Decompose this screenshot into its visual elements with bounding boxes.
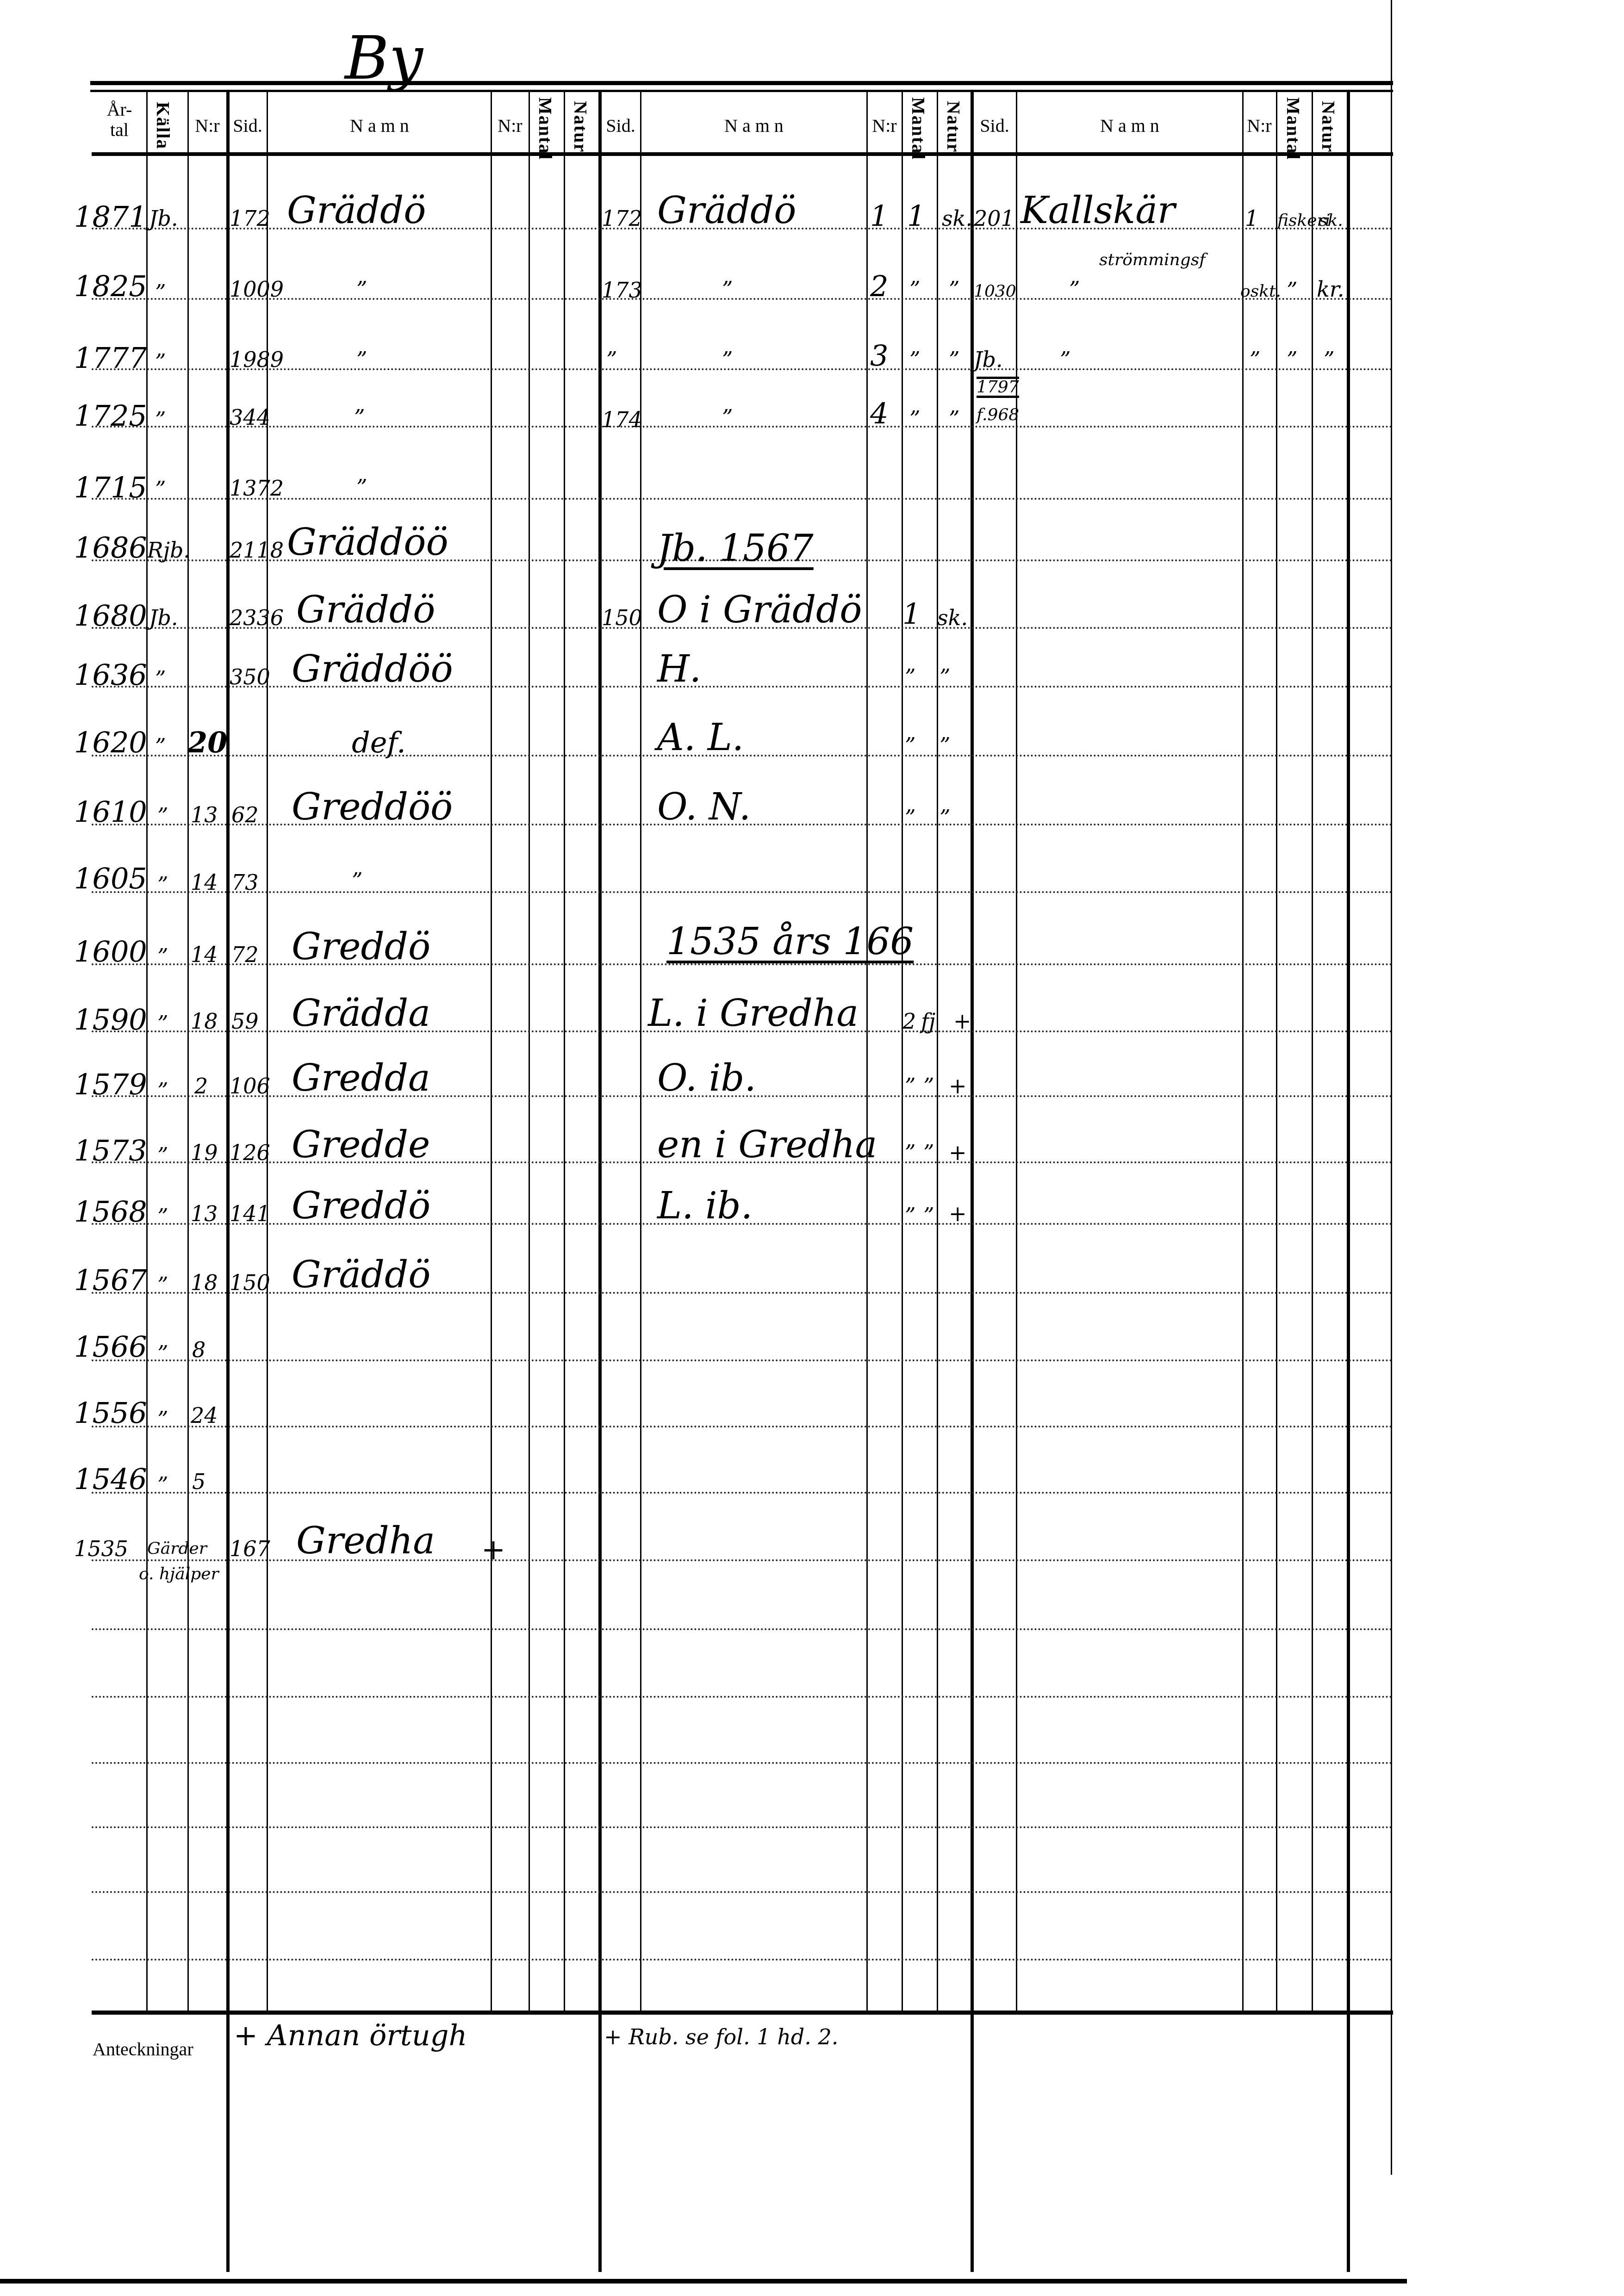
header-mantal-1: Mantal [535,97,555,153]
cell-sid: 1372 [230,478,284,499]
cell-kalla: ” [157,946,168,967]
notes-divider-1 [226,2013,230,2272]
cell-b-mantal: ” [909,349,921,370]
header-sid-3: Sid. [974,116,1015,136]
cell-b-mantal: ” [923,1142,934,1163]
cell-artal: 1568 [74,1198,147,1226]
cell-c-natur: sk. [1319,212,1343,229]
cell-b-mantal: fj [921,1011,935,1032]
cell-kalla: ” [155,282,166,303]
cell-b-namn: O. ib. [657,1060,756,1097]
cell-artal: 1871 [74,203,147,231]
cell-c-sid: Jb. [974,349,1003,370]
cell-b-natur: + [949,1203,967,1224]
cell-b-namn: L. i Gredha [648,995,859,1032]
cell-nr: 8 [192,1339,205,1360]
cell-kalla: ” [155,351,166,372]
row-line [92,298,1393,300]
cell-namn: Gredde [292,1126,430,1163]
cell-c-sid: 201 [974,208,1014,229]
cell-b-namn-heading: 1535 års 166 [666,923,914,960]
cell-artal: 1546 [74,1465,147,1494]
cell-kalla: ” [157,1409,168,1430]
cell-namn-mark: + [481,1535,505,1564]
cell-kalla-note: o. hjälper [139,1566,219,1582]
col-line-artal [146,92,148,2012]
cell-b-mantal: 1 [907,202,925,230]
col-line-namn2 [866,92,868,2012]
cell-b-mantal: ” [940,735,951,756]
cell-b-natur: ” [949,349,960,370]
cell-kalla: ” [157,1206,168,1227]
notes-col-1: + Annan örtugh [234,2021,467,2050]
cell-b-namn: H. [657,651,701,688]
header-nr-3: N:r [1243,116,1276,136]
cell-b-mantal: ” [923,1075,934,1097]
col-line-natur3 [1347,92,1350,2012]
cell-c-nr: 1 [1245,208,1258,229]
cell-b-namn: O. N. [657,788,751,825]
header-sid: Sid. [229,116,267,136]
cell-b-sid: 173 [602,279,642,301]
cell-b-namn: L. ib. [657,1187,753,1224]
cell-c-natur: ” [1324,349,1335,370]
col-line-nr1b [529,92,530,2012]
cell-kalla: ” [157,1343,168,1364]
row-line [92,1492,1393,1494]
cell-artal: 1579 [74,1070,147,1099]
cell-b-nr: 2 [870,272,888,301]
cell-sid: 2118 [230,540,284,561]
col-line-nr3 [1276,92,1277,2012]
cell-sid: 2336 [230,607,284,628]
col-line-kalla [187,92,189,2012]
col-line-sid2 [640,92,641,2012]
cell-sid: 167 [230,1538,270,1559]
cell-kalla: Rjb. [147,540,190,561]
header-namn-2: N a m n [641,116,866,136]
cell-namn: Gredha [296,1522,435,1559]
cell-sid: 141 [230,1203,270,1224]
header-mantal-3: Mantal [1283,97,1303,153]
cell-nr: 14 [191,944,218,965]
cell-b-namn: A. L. [657,719,744,756]
cell-namn: Greddö [292,928,430,965]
row-line [92,426,1393,428]
cell-b-nr: ” [905,1142,916,1163]
cell-namn: ” [356,279,367,300]
col-line-mantal3 [1312,92,1313,2012]
col-line-mantal1 [564,92,565,2012]
row-line [92,686,1393,688]
cell-b-natur: + [949,1142,967,1163]
cell-c-natur: kr. [1317,279,1344,300]
header-nr: N:r [189,116,226,136]
notes-col-2: + Rub. se fol. 1 hd. 2. [604,2026,838,2048]
cell-kalla: ” [157,874,168,895]
cell-nr: 13 [191,804,218,825]
header-nr-2: N:r [867,116,902,136]
cell-namn: Gräddö [287,192,426,229]
header-nr-1b: N:r [492,116,528,136]
cell-sid: 72 [231,944,259,965]
cell-kalla: ” [157,1274,168,1296]
cell-c-sid-note-2: f.968 [977,407,1019,423]
row-line [92,1628,1393,1630]
notes-divider-2 [598,2013,602,2272]
table-bottom-rule [92,2011,1393,2015]
row-line [92,1826,1393,1828]
cell-kalla: ” [157,1474,168,1496]
cell-artal: 1535 [74,1538,128,1559]
cell-kalla: Jb. [149,208,178,229]
cell-namn: ” [356,349,367,370]
page-right-edge [1391,0,1392,2175]
cell-c-nr: ” [1250,349,1261,370]
cell-b-sid: 172 [602,208,642,229]
row-line [92,1959,1393,1961]
cell-namn: ” [352,870,363,891]
cell-artal: 1590 [74,1005,147,1034]
cell-c-mantal: ” [1287,279,1298,301]
cell-b-nr: 2 [902,1011,916,1032]
col-line-namn1 [491,92,492,2012]
cell-kalla: ” [155,409,166,430]
cell-namn: Grädda [292,995,430,1032]
cell-b-mantal: ” [940,666,951,688]
cell-b-nr: ” [905,666,916,688]
cell-b-mantal: ” [909,408,921,429]
cell-sid: 106 [230,1075,270,1097]
cell-b-nr: 3 [870,341,888,370]
cell-sid: 344 [230,407,270,428]
cell-namn: def. [352,728,406,757]
cell-c-namn-note: strömmingsf [1099,252,1206,268]
cell-b-nr: ” [905,735,916,756]
cell-c-mantal: ” [1287,349,1298,370]
cell-artal: 1610 [74,798,147,826]
cell-b-natur: ” [949,408,960,429]
cell-namn: Gräddöö [292,651,453,688]
cell-artal: 1556 [74,1399,147,1427]
col-line-nr [226,92,230,2012]
header-natur-2: Natur [943,101,964,152]
cell-kalla: ” [155,736,166,757]
cell-b-namn: ” [722,279,733,300]
cell-b-nr: ” [905,807,916,828]
cell-c-sid-note: 1797 [977,377,1019,398]
cell-sid: 59 [231,1011,259,1032]
row-line [92,1696,1393,1698]
col-line-namn3 [1242,92,1244,2012]
cell-namn: Greddöö [292,788,453,825]
header-namn-1: N a m n [268,116,491,136]
cell-namn: ” [356,477,367,498]
cell-artal: 1636 [74,661,147,689]
row-line [92,1891,1393,1893]
col-line-nr2 [902,92,903,2012]
row-line [92,1426,1393,1427]
cell-kalla: ” [157,1145,168,1166]
cell-c-namn: Kallskär [1020,192,1175,229]
header-artal: År- tal [93,99,146,140]
cell-b-nr: 1 [902,600,921,628]
cell-b-nr: ” [905,1075,916,1097]
cell-namn: Gräddö [292,1256,430,1293]
cell-artal: 1777 [74,344,147,372]
cell-namn: ” [354,407,365,428]
cell-nr: 14 [191,872,218,893]
cell-kalla: Gärder [147,1540,207,1557]
cell-nr: 2 [194,1075,208,1097]
cell-sid: 150 [230,1272,270,1293]
cell-artal: 1825 [74,272,147,301]
cell-nr: 5 [192,1471,205,1492]
cell-artal: 1600 [74,937,147,966]
cell-sid: 1989 [230,349,284,370]
cell-nr: 24 [191,1405,218,1426]
header-kalla: Källa [153,102,173,148]
notes-divider-3 [971,2013,974,2272]
row-line [92,1559,1393,1561]
cell-sid: 172 [230,208,270,229]
cell-artal: 1680 [74,602,147,630]
cell-kalla: ” [157,805,168,826]
cell-b-natur: ” [949,279,960,300]
cell-artal: 1567 [74,1266,147,1295]
row-line [92,1762,1393,1764]
header-top-rule-thin [90,90,1393,92]
col-line-sid [267,92,268,2012]
cell-kalla: Jb. [149,607,178,628]
cell-namn: Gräddö [296,591,435,628]
cell-b-namn: Gräddö [657,192,796,229]
cell-c-namn: ” [1060,349,1071,370]
cell-artal: 1605 [74,864,147,893]
cell-namn: Gräddöö [287,524,448,561]
header-natur-3: Natur [1318,101,1338,152]
cell-namn: Greddö [292,1187,430,1224]
header-bottom-rule [92,152,1393,156]
cell-c-sid: 1030 [974,283,1016,300]
col-line-mantal2 [937,92,938,2012]
cell-b-mantal: ” [909,279,921,300]
cell-b-mantal: ” [940,807,951,828]
cell-b-natur: + [949,1075,967,1097]
cell-namn: Gredda [292,1060,430,1097]
col-line-natur1 [598,92,602,2012]
row-line [92,1359,1393,1361]
cell-sid: 350 [230,666,270,688]
cell-b-namn: en i Gredha [657,1126,877,1163]
cell-nr: 19 [191,1142,218,1163]
header-top-rule [90,81,1393,85]
cell-b-nr: 4 [870,399,888,428]
notes-divider-4 [1347,2013,1350,2272]
row-line [92,498,1393,500]
cell-b-mantal: sk. [937,607,968,628]
cell-kalla: ” [155,478,166,500]
cell-b-sid: 150 [602,607,642,628]
row-line [92,963,1393,965]
cell-sid: 73 [231,872,259,893]
cell-b-nr: 1 [870,202,888,230]
cell-nr: 13 [191,1203,218,1224]
cell-b-sid: ” [606,349,617,370]
cell-nr: 20 [187,728,227,757]
cell-artal: 1573 [74,1136,147,1165]
header-sid-2: Sid. [602,116,640,136]
cell-sid: 62 [231,804,259,825]
cell-kalla: ” [157,1013,168,1034]
cell-b-mantal: ” [923,1205,934,1226]
cell-artal: 1620 [74,728,147,757]
cell-artal: 1566 [74,1333,147,1361]
cell-sid: 1009 [230,279,284,300]
cell-b-namn: ” [722,349,733,370]
cell-nr: 18 [191,1011,218,1032]
row-line [92,1292,1393,1294]
page-title: By [345,28,423,88]
cell-b-natur: + [953,1011,971,1032]
cell-nr: 18 [191,1272,218,1293]
cell-kalla: ” [155,668,166,689]
header-namn-3: N a m n [1017,116,1242,136]
header-mantal-2: Mantal [908,97,928,153]
cell-c-namn: ” [1069,279,1080,300]
cell-b-sid: 174 [602,409,642,430]
cell-b-namn: O i Gräddö [657,591,862,628]
notes-label: Anteckningar [93,2038,193,2060]
cell-b-namn-heading: Jb. 1567 [657,530,814,567]
row-line [92,368,1393,370]
cell-artal: 1686 [74,534,147,562]
cell-b-natur: sk. [942,208,972,229]
cell-b-nr: ” [905,1205,916,1226]
cell-artal: 1725 [74,402,147,430]
header-natur-1: Natur [570,101,591,152]
page-bottom-edge [0,2279,1407,2284]
col-line-natur2 [971,92,974,2012]
cell-c-nr: oskt. [1240,283,1281,300]
cell-artal: 1715 [74,473,147,502]
cell-kalla: ” [157,1080,168,1101]
row-line [92,891,1393,893]
cell-sid: 126 [230,1142,270,1163]
cell-b-namn: ” [722,407,733,428]
